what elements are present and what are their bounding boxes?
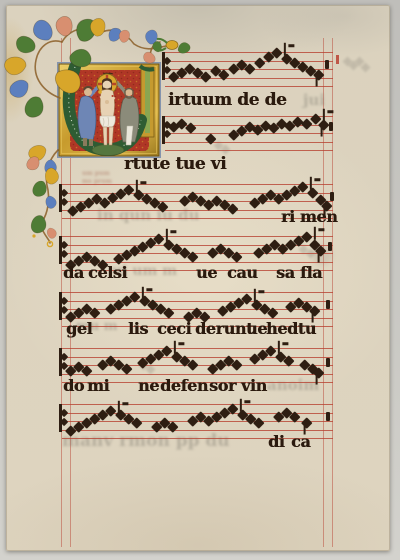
loincloth bbox=[100, 116, 116, 127]
staff-line bbox=[62, 301, 333, 302]
acanthus-leaf bbox=[29, 17, 56, 45]
lyric-syllable: gel bbox=[66, 321, 92, 337]
lyric-syllable: di bbox=[268, 434, 284, 450]
lyric-syllable: ne bbox=[138, 378, 159, 394]
lyric-syllable: sa bbox=[276, 265, 295, 281]
custos-mark bbox=[328, 242, 332, 251]
custos-mark bbox=[325, 60, 329, 69]
illuminated-initial-flagellation-scene bbox=[57, 62, 161, 158]
neume-note bbox=[254, 57, 265, 68]
staff-line bbox=[62, 253, 333, 254]
vine-stem bbox=[150, 42, 160, 62]
bleed-through-text: anoim bbox=[267, 378, 319, 393]
bleed-through-text: jui bbox=[303, 93, 325, 108]
lyric-syllable: sor bbox=[209, 378, 236, 394]
acanthus-leaf bbox=[14, 34, 38, 56]
staff-line bbox=[62, 292, 333, 293]
lyric-syllable: celsi bbox=[88, 265, 127, 281]
gold-ring-terminal bbox=[47, 241, 52, 246]
lyric-syllable: cau bbox=[227, 265, 258, 281]
initial-miniature bbox=[57, 62, 161, 158]
lyric-syllable: mi bbox=[87, 378, 109, 394]
acanthus-leaf bbox=[55, 15, 74, 37]
neume-note bbox=[318, 119, 329, 130]
acanthus-leaf bbox=[146, 30, 158, 44]
staff-line bbox=[165, 142, 333, 143]
vine-stem bbox=[40, 150, 58, 243]
staff-line bbox=[62, 404, 333, 405]
lyric-syllable: ri men bbox=[281, 209, 337, 225]
staff-line bbox=[62, 374, 333, 375]
custos-mark bbox=[326, 412, 330, 421]
staff-line bbox=[62, 430, 333, 431]
stave-end-mark bbox=[336, 55, 339, 64]
lyric-syllable: ue bbox=[196, 265, 217, 281]
staff-line bbox=[165, 150, 333, 151]
lyric-syllable: defen bbox=[160, 378, 208, 394]
acanthus-leaf bbox=[25, 154, 42, 172]
staff-line bbox=[165, 86, 333, 87]
bleed-through-neume bbox=[361, 63, 371, 73]
neume-note bbox=[301, 118, 312, 129]
manuscript-photo: juium pumms prumin qun iu duui um mmu ma… bbox=[0, 0, 400, 560]
acanthus-leaf bbox=[45, 226, 58, 240]
lyric-syllable: derunt bbox=[195, 321, 253, 337]
acanthus-leaf bbox=[90, 18, 105, 36]
custos-mark bbox=[330, 192, 334, 201]
acanthus-leaf bbox=[44, 195, 58, 210]
bleed-through-text: um pum bbox=[82, 171, 110, 177]
acanthus-leaf bbox=[44, 167, 60, 185]
staff-line bbox=[62, 184, 333, 185]
acanthus-leaf bbox=[31, 179, 49, 199]
lyric-syllable: ceci bbox=[157, 321, 191, 337]
acanthus-leaf bbox=[26, 142, 49, 164]
flower-sepals bbox=[156, 39, 167, 51]
staff-line bbox=[165, 116, 333, 117]
lyric-syllable: lis bbox=[128, 321, 148, 337]
lyric-syllable: da bbox=[63, 265, 84, 281]
neume-note bbox=[307, 187, 318, 198]
bleed-through-text: manv rmon pp du bbox=[62, 433, 230, 450]
acanthus-leaf bbox=[23, 94, 47, 120]
acanthus-leaf bbox=[118, 29, 130, 43]
side-wound bbox=[112, 95, 114, 97]
lyric-syllable: irtuum de de bbox=[168, 92, 286, 109]
lyric-syllable: ca bbox=[291, 434, 310, 450]
staff-line bbox=[62, 236, 333, 237]
acanthus-leaf bbox=[7, 76, 32, 101]
clef-icon bbox=[162, 118, 172, 148]
staff-line bbox=[62, 357, 333, 358]
acanthus-leaf bbox=[176, 40, 192, 55]
acanthus-leaf bbox=[45, 160, 57, 174]
acanthus-leaf bbox=[30, 214, 48, 234]
green-mound bbox=[92, 145, 124, 156]
flower-bud bbox=[166, 41, 178, 50]
custos-mark bbox=[326, 300, 330, 309]
acanthus-leaf bbox=[106, 26, 123, 44]
antiphonary-leaf: juium pumms prumin qun iu duui um mmu ma… bbox=[6, 5, 390, 551]
staff-line bbox=[165, 61, 333, 62]
staff-line bbox=[62, 348, 333, 349]
custos-mark bbox=[326, 358, 330, 367]
lyric-syllable: do bbox=[63, 378, 84, 394]
neume-note bbox=[301, 417, 312, 428]
lyric-syllable: hedtu bbox=[266, 321, 316, 337]
neume-note bbox=[310, 113, 321, 124]
acanthus-leaf bbox=[73, 16, 99, 44]
acanthus-leaf bbox=[3, 55, 27, 76]
custos-mark bbox=[329, 122, 333, 131]
gold-bezant bbox=[32, 234, 35, 237]
lyric-syllable: fla bbox=[300, 265, 322, 281]
lyric-syllable: vin bbox=[241, 378, 267, 394]
lyric-syllable: ue bbox=[246, 321, 267, 337]
staff-line bbox=[165, 52, 333, 53]
lyric-syllable: rtute tue vi bbox=[124, 156, 226, 173]
staff-line bbox=[165, 78, 333, 79]
vine-stem bbox=[62, 28, 166, 49]
